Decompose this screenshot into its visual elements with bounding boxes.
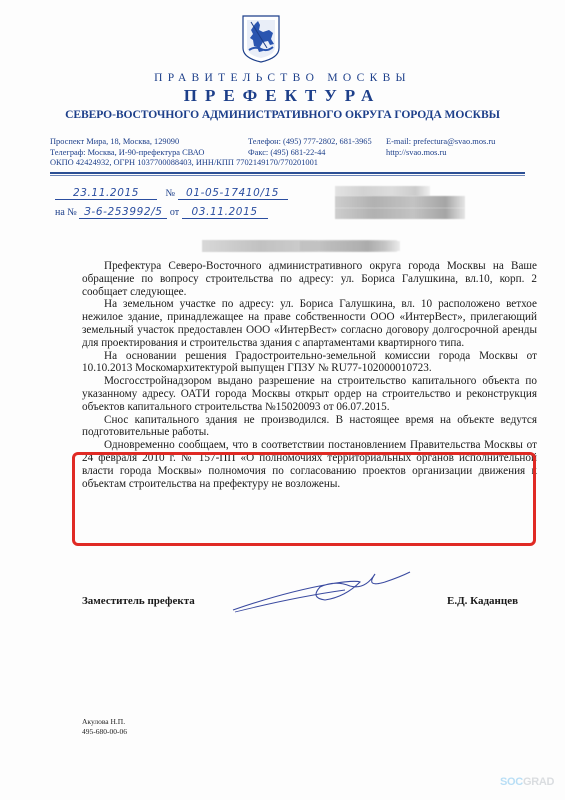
reply-to-label: на № xyxy=(55,207,77,218)
fax: Факс: (495) 681-22-44 xyxy=(248,148,372,159)
outgoing-date: 23.11.2015 xyxy=(55,187,157,200)
government-title: ПРАВИТЕЛЬСТВО МОСКВЫ xyxy=(0,72,565,84)
letterhead-divider xyxy=(50,172,525,174)
executor-phone: 495-680-00-06 xyxy=(82,727,127,737)
reply-from-label: от xyxy=(170,207,179,218)
reply-from-date: 03.11.2015 xyxy=(182,206,268,219)
redacted-recipient xyxy=(335,196,465,208)
paragraph: Мосгосстройнадзором выдано разрешение на… xyxy=(82,375,537,413)
signatory-position: Заместитель префекта xyxy=(82,595,195,607)
registry-codes: ОКПО 42424932, ОГРН 1037700088403, ИНН/К… xyxy=(50,158,318,169)
prefecture-title: ПРЕФЕКТУРА xyxy=(0,86,565,106)
number-label: № xyxy=(166,188,176,199)
outgoing-number: 01-05-17410/15 xyxy=(178,187,288,200)
handwritten-signature-icon xyxy=(225,562,415,622)
outgoing-registration: 23.11.2015 № 01-05-17410/15 xyxy=(55,187,288,200)
paragraph: На земельном участке по адресу: ул. Бори… xyxy=(82,298,537,349)
red-highlight-box xyxy=(72,452,536,546)
highlighted-paragraph: Снос капитального здания не производился… xyxy=(82,414,537,440)
letterhead-divider-thin xyxy=(50,175,525,176)
okrug-title: СЕВЕРО-ВОСТОЧНОГО АДМИНИСТРАТИВНОГО ОКРУ… xyxy=(0,108,565,121)
socgrad-watermark: SOCGRAD xyxy=(500,760,565,800)
paragraph: На основании решения Градостроительно-зе… xyxy=(82,350,537,376)
letter-page: ПРАВИТЕЛЬСТВО МОСКВЫ ПРЕФЕКТУРА СЕВЕРО-В… xyxy=(0,0,565,800)
incoming-reference: на № З-6-253992/5 от 03.11.2015 xyxy=(55,206,268,219)
email: E-mail: prefectura@svao.mos.ru xyxy=(386,137,495,148)
paragraph: Префектура Северо-Восточного администрат… xyxy=(82,260,537,298)
moscow-coat-of-arms-icon xyxy=(241,14,281,64)
redacted-recipient xyxy=(335,208,465,219)
signatory-name: Е.Д. Каданцев xyxy=(447,595,518,607)
executor-name: Акулова Н.П. xyxy=(82,717,127,727)
website: http://svao.mos.ru xyxy=(386,148,495,159)
executor-info: Акулова Н.П. 495-680-00-06 xyxy=(82,717,127,737)
redacted-recipient xyxy=(335,186,430,196)
phone: Телефон: (495) 777-2802, 681-3965 xyxy=(248,137,372,148)
redacted-salutation xyxy=(202,240,397,252)
reply-to-number: З-6-253992/5 xyxy=(79,206,167,219)
